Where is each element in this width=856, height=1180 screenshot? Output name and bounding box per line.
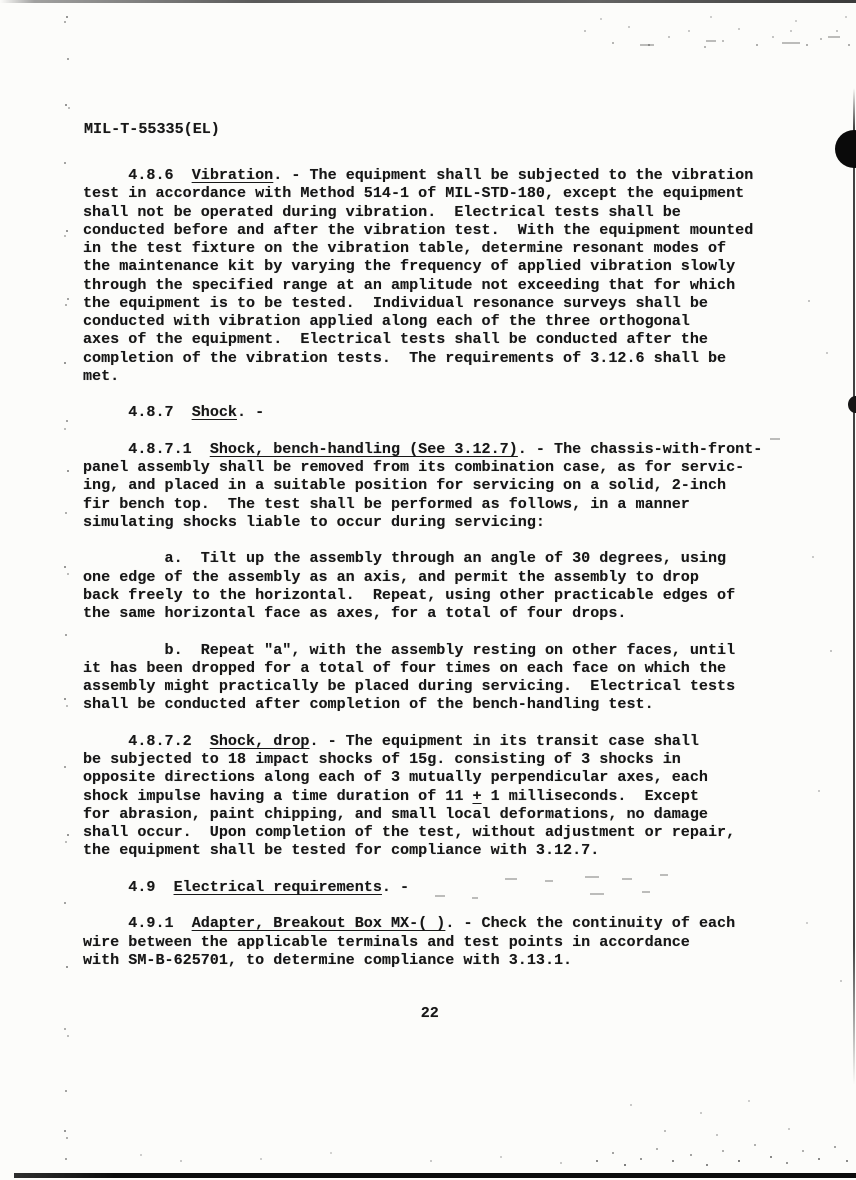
paragraph: 4.8.7.1 Shock, bench-handling (See 3.12.…: [83, 440, 762, 531]
text-line: shall be conducted after completion of t…: [83, 695, 762, 713]
scan-artifact-dash: [782, 42, 800, 44]
text-line: completion of the vibration tests. The r…: [83, 349, 762, 367]
text-line: shall occur. Upon completion of the test…: [83, 823, 762, 841]
paragraph: 4.8.6 Vibration. - The equipment shall b…: [83, 166, 762, 385]
text-line: conducted with vibration applied along e…: [83, 312, 762, 330]
text-line: 4.8.7 Shock. -: [83, 403, 762, 421]
text-line: 4.9.1 Adapter, Breakout Box MX-( ). - Ch…: [83, 914, 762, 932]
text-line: opposite directions along each of 3 mutu…: [83, 768, 762, 786]
scan-edge-top-line: [0, 0, 856, 3]
text-line: it has been dropped for a total of four …: [83, 659, 762, 677]
text-line: the equipment is to be tested. Individua…: [83, 294, 762, 312]
scan-blob-right-top: [835, 130, 856, 168]
text-line: for abrasion, paint chipping, and small …: [83, 805, 762, 823]
text-line: panel assembly shall be removed from its…: [83, 458, 762, 476]
text-line: b. Repeat "a", with the assembly resting…: [83, 641, 762, 659]
text-line: 4.8.7.1 Shock, bench-handling (See 3.12.…: [83, 440, 762, 458]
text-line: with SM-B-625701, to determine complianc…: [83, 951, 762, 969]
text-line: simulating shocks liable to occur during…: [83, 513, 762, 531]
text-line: 4.8.7.2 Shock, drop. - The equipment in …: [83, 732, 762, 750]
text-line: wire between the applicable terminals an…: [83, 933, 762, 951]
text-line: the maintenance kit by varying the frequ…: [83, 257, 762, 275]
text-line: back freely to the horizontal. Repeat, u…: [83, 586, 762, 604]
text-line: axes of the equipment. Electrical tests …: [83, 330, 762, 348]
text-line: fir bench top. The test shall be perform…: [83, 495, 762, 513]
scan-blob-right-mid: [848, 396, 856, 413]
document-id-header: MIL-T-55335(EL): [84, 120, 220, 138]
scan-artifact-dash: [828, 36, 840, 38]
paragraph: 4.9.1 Adapter, Breakout Box MX-( ). - Ch…: [83, 914, 762, 969]
text-line: a. Tilt up the assembly through an angle…: [83, 549, 762, 567]
paragraph: 4.9 Electrical requirements. -: [83, 878, 762, 896]
paragraph: b. Repeat "a", with the assembly resting…: [83, 641, 762, 714]
document-body: 4.8.6 Vibration. - The equipment shall b…: [83, 166, 762, 969]
scan-artifact-dash: [706, 40, 716, 42]
text-line: the equipment shall be tested for compli…: [83, 841, 762, 859]
scan-artifact-dash: [770, 438, 780, 440]
text-line: 4.9 Electrical requirements. -: [83, 878, 762, 896]
text-line: shall not be operated during vibration. …: [83, 203, 762, 221]
paragraph: 4.8.7 Shock. -: [83, 403, 762, 421]
text-line: the same horizontal face as axes, for a …: [83, 604, 762, 622]
paragraph: 4.8.7.2 Shock, drop. - The equipment in …: [83, 732, 762, 860]
text-line: assembly might practically be placed dur…: [83, 677, 762, 695]
text-line: 4.8.6 Vibration. - The equipment shall b…: [83, 166, 762, 184]
scanned-document-page: MIL-T-55335(EL) 4.8.6 Vibration. - The e…: [0, 0, 856, 1180]
text-line: one edge of the assembly as an axis, and…: [83, 568, 762, 586]
text-line: test in accordance with Method 514-1 of …: [83, 184, 762, 202]
scan-edge-right-line: [853, 88, 855, 1085]
paragraph: a. Tilt up the assembly through an angle…: [83, 549, 762, 622]
text-line: be subjected to 18 impact shocks of 15g.…: [83, 750, 762, 768]
text-line: ing, and placed in a suitable position f…: [83, 476, 762, 494]
page-number: 22: [421, 1004, 439, 1022]
text-line: through the specified range at an amplit…: [83, 276, 762, 294]
text-line: shock impulse having a time duration of …: [83, 787, 762, 805]
text-line: in the test fixture on the vibration tab…: [83, 239, 762, 257]
text-line: conducted before and after the vibration…: [83, 221, 762, 239]
scan-artifact-dash: [640, 44, 654, 46]
text-line: met.: [83, 367, 762, 385]
scan-edge-bottom-line: [14, 1173, 856, 1178]
scan-speckles-light: [0, 0, 2, 2]
